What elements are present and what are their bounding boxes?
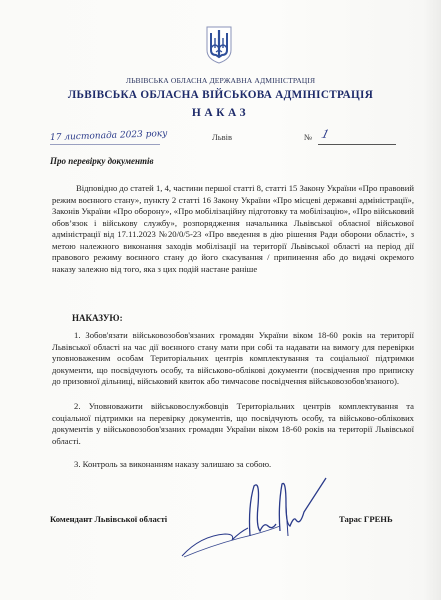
signatory-name: Тарас ГРЕНЬ	[339, 514, 393, 524]
order-item-1: 1. Зобов'язати військовозобов'язаних гро…	[52, 330, 414, 388]
date-underline	[50, 144, 160, 145]
order-subject: Про перевірку документів	[50, 156, 154, 166]
preamble-paragraph: Відповідно до статей 1, 4, частини першо…	[52, 183, 414, 275]
number-underline	[318, 144, 396, 145]
order-heading: НАКАЗУЮ:	[72, 313, 123, 323]
header-state-administration: ЛЬВІВСЬКА ОБЛАСНА ДЕРЖАВНА АДМІНІСТРАЦІЯ	[0, 76, 441, 85]
order-number: 1	[320, 126, 331, 142]
order-item-3: 3. Контроль за виконанням наказу залишаю…	[52, 459, 414, 471]
document-page: ЛЬВІВСЬКА ОБЛАСНА ДЕРЖАВНА АДМІНІСТРАЦІЯ…	[0, 0, 441, 600]
handwritten-date: 17 листопада 2023 року	[50, 129, 168, 143]
signature-icon	[180, 476, 330, 561]
number-label: №	[304, 132, 312, 142]
order-item-2: 2. Уповноважити військовослужбовців Тери…	[52, 401, 414, 447]
signatory-title: Комендант Львівської області	[50, 514, 167, 524]
header-military-administration: ЛЬВІВСЬКА ОБЛАСНА ВІЙСЬКОВА АДМІНІСТРАЦІ…	[0, 89, 441, 101]
document-type-title: НАКАЗ	[0, 107, 441, 119]
city-label: Львів	[212, 132, 232, 142]
trident-emblem-icon	[205, 26, 233, 64]
